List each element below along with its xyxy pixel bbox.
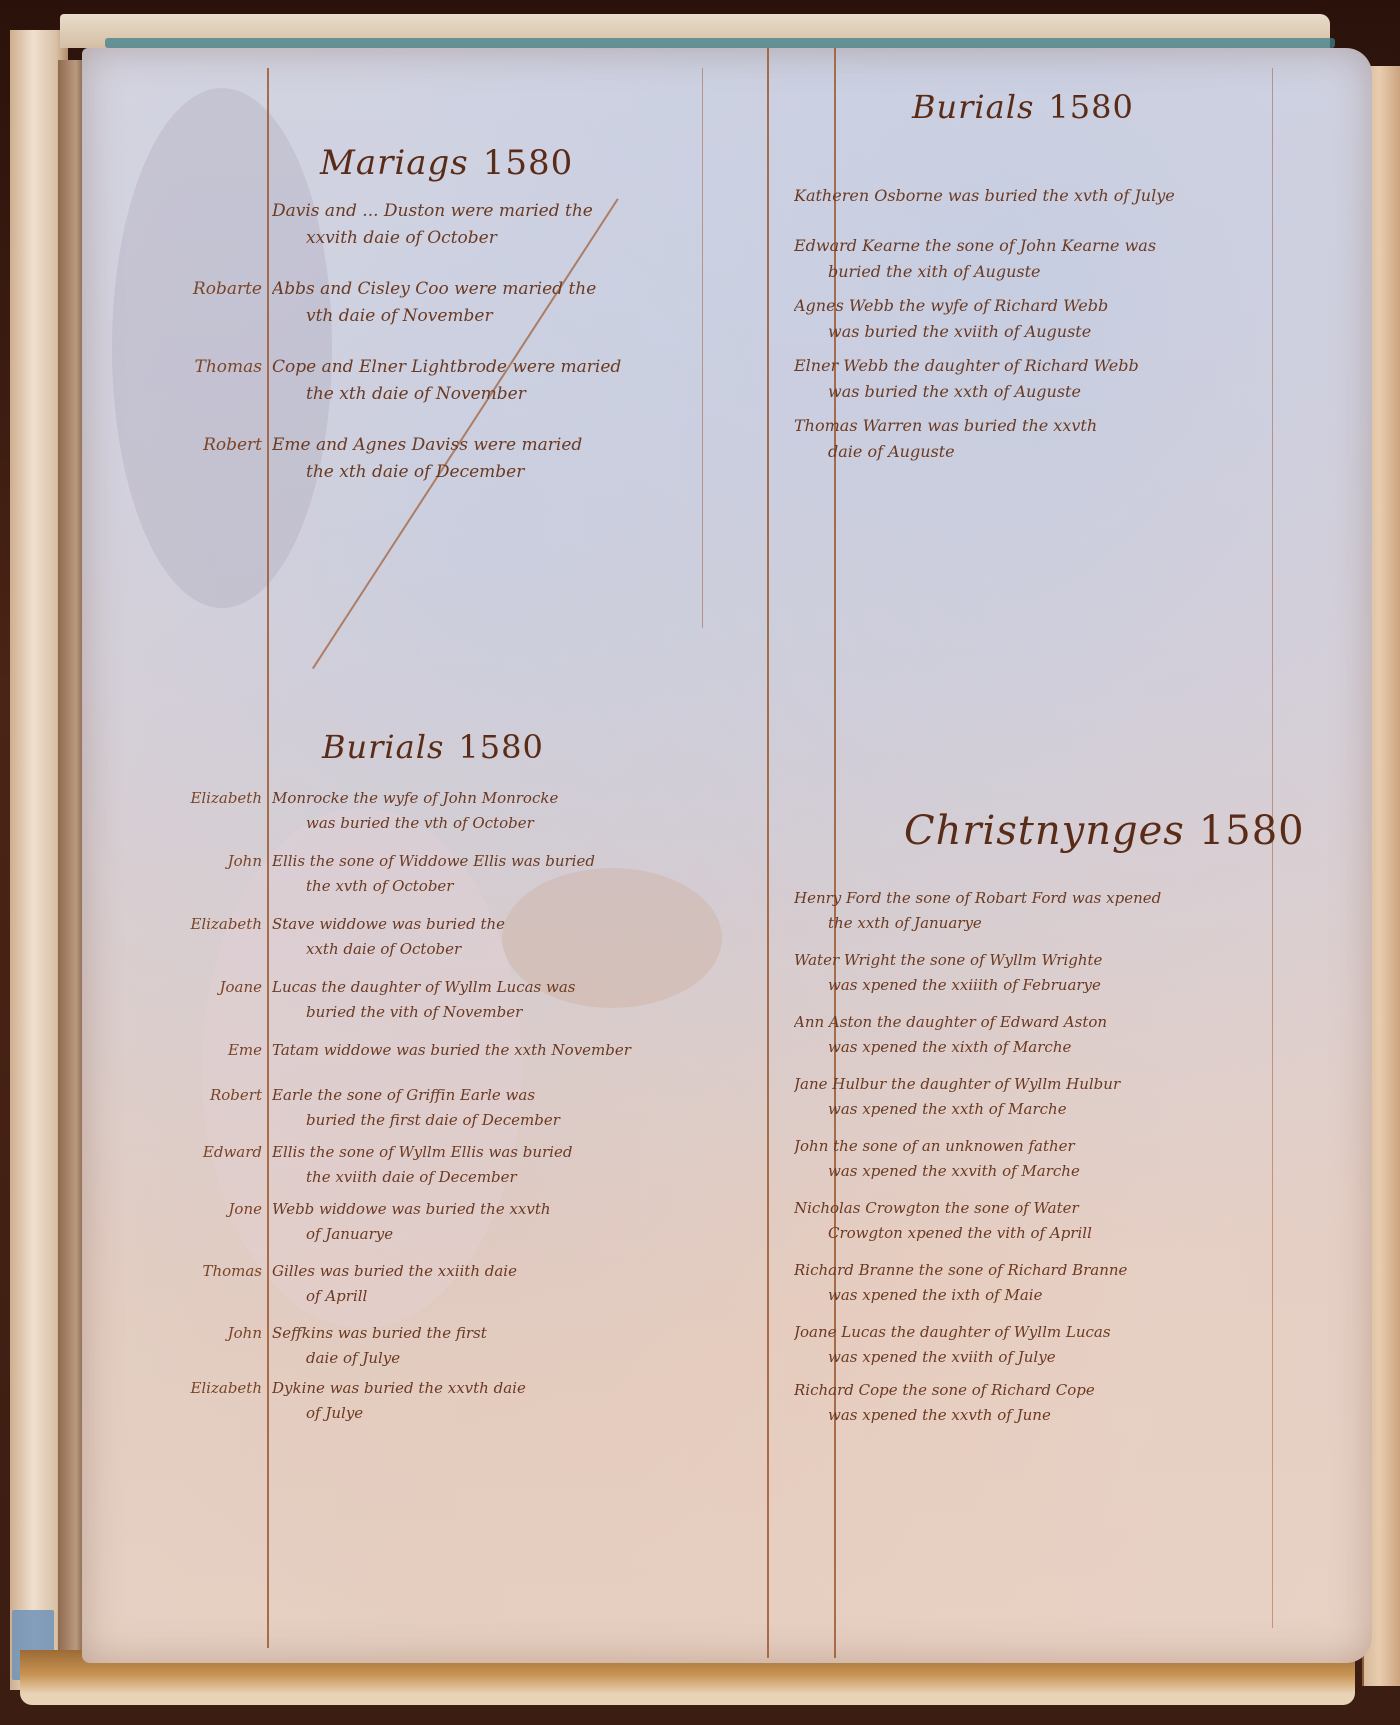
register-page: Mariags1580 Davis and ... Duston were ma…	[82, 48, 1372, 1663]
entry-margin-name: Eme	[122, 1038, 262, 1063]
christenings-title: Christnynges	[904, 808, 1185, 854]
entry-line: Katheren Osborne was buried the xvth of …	[794, 183, 1274, 209]
entry-line: was xpened the xxth of Marche	[794, 1097, 1284, 1122]
marriage-entry: Robarte Abbs and Cisley Coo were maried …	[272, 276, 712, 354]
entry-line: Lucas the daughter of Wyllm Lucas was	[272, 975, 762, 1000]
christening-entry: Richard Cope the sone of Richard Cope wa…	[794, 1378, 1284, 1436]
christening-entry: Richard Branne the sone of Richard Brann…	[794, 1258, 1284, 1320]
burials-bottom-title: Burials	[322, 728, 444, 766]
burial-entry: Katheren Osborne was buried the xvth of …	[794, 183, 1274, 233]
entry-margin-name: Robarte	[112, 276, 262, 303]
entry-line: Elner Webb the daughter of Richard Webb	[794, 353, 1274, 379]
entry-margin-name: Elizabeth	[122, 912, 262, 937]
burials-bottom-year: 1580	[458, 728, 543, 766]
entry-line: buried the vith of November	[272, 1000, 762, 1025]
burial-entry: Thomas Gilles was buried the xxiith daie…	[272, 1259, 762, 1321]
marriage-entry: Thomas Cope and Elner Lightbrode were ma…	[272, 354, 712, 432]
entry-line: Richard Cope the sone of Richard Cope	[794, 1378, 1284, 1403]
christening-entry: John the sone of an unknowen father was …	[794, 1134, 1284, 1196]
entry-margin-name: John	[122, 849, 262, 874]
entry-line: Agnes Webb the wyfe of Richard Webb	[794, 293, 1274, 319]
burial-entry: Edward Ellis the sone of Wyllm Ellis was…	[272, 1140, 762, 1197]
burial-entry: John Seffkins was buried the first daie …	[272, 1321, 762, 1376]
burial-entry: Joane Lucas the daughter of Wyllm Lucas …	[272, 975, 762, 1038]
christenings-entries: Henry Ford the sone of Robart Ford was x…	[794, 886, 1284, 1436]
entry-line: was buried the xxth of Auguste	[794, 379, 1274, 405]
entry-margin-name: Edward	[122, 1140, 262, 1165]
entry-line: Davis and ... Duston were maried the	[272, 198, 712, 225]
burials-top-heading: Burials1580	[912, 88, 1134, 126]
binding-teal-stain	[105, 38, 1335, 48]
entry-line: was xpened the ixth of Maie	[794, 1283, 1284, 1308]
christening-entry: Water Wright the sone of Wyllm Wrighte w…	[794, 948, 1284, 1010]
entry-line: John the sone of an unknowen father	[794, 1134, 1284, 1159]
entry-line: daie of Auguste	[794, 439, 1274, 465]
marriage-entry: Davis and ... Duston were maried the xxv…	[272, 198, 712, 276]
christenings-year: 1580	[1199, 808, 1305, 854]
burials-top-entries: Katheren Osborne was buried the xvth of …	[794, 183, 1274, 473]
entry-margin-name: Joane	[122, 975, 262, 1000]
entry-margin-name: Jone	[122, 1197, 262, 1222]
entry-margin-name: Elizabeth	[122, 786, 262, 811]
christening-entry: Nicholas Crowgton the sone of Water Crow…	[794, 1196, 1284, 1258]
entry-line: Edward Kearne the sone of John Kearne wa…	[794, 233, 1274, 259]
entry-line: Water Wright the sone of Wyllm Wrighte	[794, 948, 1284, 973]
entry-line: vth daie of November	[272, 303, 712, 330]
burial-entry: Robert Earle the sone of Griffin Earle w…	[272, 1083, 762, 1140]
entry-line: Earle the sone of Griffin Earle was	[272, 1083, 762, 1108]
column-divider-left	[767, 48, 769, 1658]
entry-line: Dykine was buried the xxvth daie	[272, 1376, 762, 1401]
marriages-year: 1580	[483, 143, 574, 183]
entry-line: Stave widdowe was buried the	[272, 912, 762, 937]
burial-entry: Elizabeth Dykine was buried the xxvth da…	[272, 1376, 762, 1431]
entry-line: was xpened the xixth of Marche	[794, 1035, 1284, 1060]
entry-line: Ellis the sone of Wyllm Ellis was buried	[272, 1140, 762, 1165]
entry-line: Thomas Warren was buried the xxvth	[794, 413, 1274, 439]
entry-line: of Januarye	[272, 1222, 762, 1247]
burial-entry: Elner Webb the daughter of Richard Webb …	[794, 353, 1274, 413]
entry-margin-name: Elizabeth	[122, 1376, 262, 1401]
christening-entry: Henry Ford the sone of Robart Ford was x…	[794, 886, 1284, 948]
christening-entry: Ann Aston the daughter of Edward Aston w…	[794, 1010, 1284, 1072]
entry-line: the xviith daie of December	[272, 1165, 762, 1190]
margin-rule-left	[267, 68, 269, 1648]
burial-entry: Elizabeth Stave widdowe was buried the x…	[272, 912, 762, 975]
marriage-entry: Robert Eme and Agnes Daviss were maried …	[272, 432, 712, 510]
entry-margin-name: Robert	[122, 1083, 262, 1108]
entry-line: was xpened the xxvith of Marche	[794, 1159, 1284, 1184]
entry-line: Henry Ford the sone of Robart Ford was x…	[794, 886, 1284, 911]
entry-line: Ann Aston the daughter of Edward Aston	[794, 1010, 1284, 1035]
burial-entry: Eme Tatam widdowe was buried the xxth No…	[272, 1038, 762, 1083]
entry-line: the xth daie of November	[272, 381, 712, 408]
entry-line: was xpened the xxvth of June	[794, 1403, 1284, 1428]
burial-entry: Agnes Webb the wyfe of Richard Webb was …	[794, 293, 1274, 353]
entry-margin-name: Thomas	[112, 354, 262, 381]
entry-line: was xpened the xviith of Julye	[794, 1345, 1284, 1370]
entry-line: the xth daie of December	[272, 459, 712, 486]
christening-entry: Joane Lucas the daughter of Wyllm Lucas …	[794, 1320, 1284, 1378]
entry-line: xxvith daie of October	[272, 225, 712, 252]
burials-top-title: Burials	[912, 88, 1034, 126]
entry-line: buried the xith of Auguste	[794, 259, 1274, 285]
entry-line: Webb widdowe was buried the xxvth	[272, 1197, 762, 1222]
marriages-heading: Mariags1580	[320, 143, 573, 183]
burials-bottom-heading: Burials1580	[322, 728, 544, 766]
entry-line: the xxth of Januarye	[794, 911, 1284, 936]
entry-line: Jane Hulbur the daughter of Wyllm Hulbur	[794, 1072, 1284, 1097]
entry-line: was buried the vth of October	[272, 811, 762, 836]
entry-line: Eme and Agnes Daviss were maried	[272, 432, 712, 459]
entry-line: buried the first daie of December	[272, 1108, 762, 1133]
entry-line: Cope and Elner Lightbrode were maried	[272, 354, 712, 381]
burial-entry: Thomas Warren was buried the xxvth daie …	[794, 413, 1274, 473]
entry-line: Richard Branne the sone of Richard Brann…	[794, 1258, 1284, 1283]
burial-entry: Elizabeth Monrocke the wyfe of John Monr…	[272, 786, 762, 849]
entry-line: Gilles was buried the xxiith daie	[272, 1259, 762, 1284]
burial-entry: John Ellis the sone of Widdowe Ellis was…	[272, 849, 762, 912]
entry-margin-name: John	[122, 1321, 262, 1346]
entry-line: Crowgton xpened the vith of Aprill	[794, 1221, 1284, 1246]
entry-line: Ellis the sone of Widdowe Ellis was buri…	[272, 849, 762, 874]
burial-entry: Edward Kearne the sone of John Kearne wa…	[794, 233, 1274, 293]
entry-line: Seffkins was buried the first	[272, 1321, 762, 1346]
entry-line: daie of Julye	[272, 1346, 762, 1371]
burials-bottom-entries: Elizabeth Monrocke the wyfe of John Monr…	[272, 786, 762, 1431]
entry-line: the xvth of October	[272, 874, 762, 899]
entry-line: was buried the xviith of Auguste	[794, 319, 1274, 345]
entry-line: Nicholas Crowgton the sone of Water	[794, 1196, 1284, 1221]
burial-entry: Jone Webb widdowe was buried the xxvth o…	[272, 1197, 762, 1259]
christening-entry: Jane Hulbur the daughter of Wyllm Hulbur…	[794, 1072, 1284, 1134]
entry-margin-name: Thomas	[122, 1259, 262, 1284]
marriages-entries: Davis and ... Duston were maried the xxv…	[272, 198, 712, 510]
marriages-title: Mariags	[320, 143, 469, 183]
entry-line: of Julye	[272, 1401, 762, 1426]
entry-line: was xpened the xxiiith of Februarye	[794, 973, 1284, 998]
christenings-heading: Christnynges1580	[904, 808, 1305, 854]
entry-line: of Aprill	[272, 1284, 762, 1309]
entry-line: Joane Lucas the daughter of Wyllm Lucas	[794, 1320, 1284, 1345]
burials-top-year: 1580	[1048, 88, 1133, 126]
entry-margin-name: Robert	[112, 432, 262, 459]
entry-line: Monrocke the wyfe of John Monrocke	[272, 786, 762, 811]
entry-line: Tatam widdowe was buried the xxth Novemb…	[272, 1038, 762, 1063]
entry-line: Abbs and Cisley Coo were maried the	[272, 276, 712, 303]
entry-line: xxth daie of October	[272, 937, 762, 962]
